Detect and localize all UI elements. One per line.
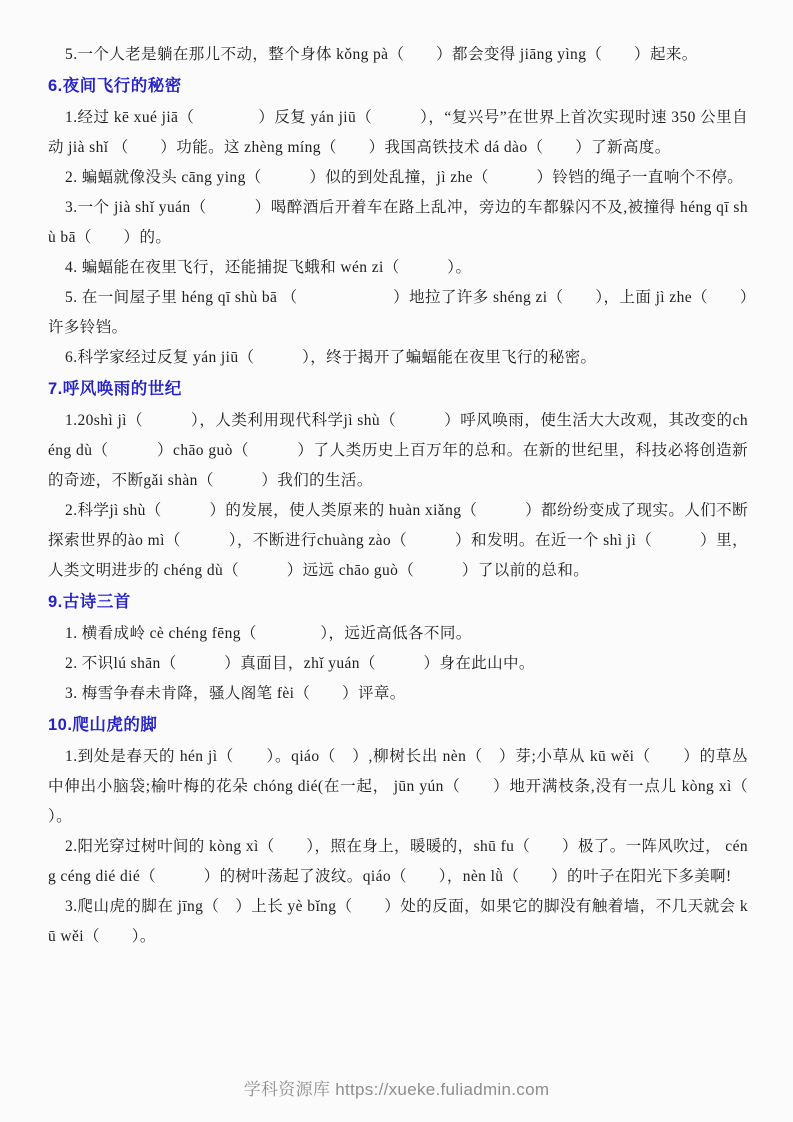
exercise-item-6-5: 5. 在一间屋子里 héng qī shù bā （ ）地拉了许多 shéng … (48, 283, 748, 343)
exercise-item-7-1: 1.20shì jì（ ），人类利用现代科学jì shù（ ）呼风唤雨，使生活大… (48, 406, 748, 496)
section-title-10: 10.爬山虎的脚 (48, 709, 748, 742)
worksheet-page: 5.一个人老是躺在那儿不动，整个身体 kǒng pà（ ）都会变得 jiāng … (0, 0, 793, 1122)
exercise-item-6-4: 4. 蝙蝠能在夜里飞行，还能捕捉飞蛾和 wén zi（ ）。 (48, 253, 748, 283)
section-title-7: 7.呼风唤雨的世纪 (48, 373, 748, 406)
footer-watermark-text: 学科资源库 https://xueke.fuliadmin.com (244, 1080, 550, 1099)
exercise-item-6-2: 2. 蝙蝠就像没头 cāng ying（ ）似的到处乱撞，jì zhe（ ）铃铛… (48, 163, 748, 193)
exercise-item-9-3: 3. 梅雪争春未肯降，骚人阁笔 fèi（ ）评章。 (48, 679, 748, 709)
exercise-item-carryover-5: 5.一个人老是躺在那儿不动，整个身体 kǒng pà（ ）都会变得 jiāng … (48, 40, 748, 70)
exercise-item-6-6: 6.科学家经过反复 yán jiū（ ），终于揭开了蝙蝠能在夜里飞行的秘密。 (48, 343, 748, 373)
exercise-item-10-1: 1.到处是春天的 hén jì（ ）。qiáo（ ）,柳树长出 nèn（ ）芽;… (48, 742, 748, 832)
exercise-item-9-1: 1. 横看成岭 cè chéng fēng（ ），远近高低各不同。 (48, 619, 748, 649)
exercise-item-6-1: 1.经过 kē xué jiā（ ）反复 yán jiū（ ），“复兴号”在世界… (48, 103, 748, 163)
exercise-item-10-2: 2.阳光穿过树叶间的 kòng xì（ ），照在身上，暖暖的，shū fu（ ）… (48, 832, 748, 892)
exercise-item-10-3: 3.爬山虎的脚在 jīng（ ）上长 yè bǐng（ ）处的反面，如果它的脚没… (48, 892, 748, 952)
section-title-9: 9.古诗三首 (48, 586, 748, 619)
footer-watermark: 学科资源库 https://xueke.fuliadmin.com (0, 1075, 793, 1100)
exercise-item-9-2: 2. 不识lú shān（ ）真面目，zhǐ yuán（ ）身在此山中。 (48, 649, 748, 679)
exercise-item-7-2: 2.科学jì shù（ ）的发展，使人类原来的 huàn xiǎng（ ）都纷纷… (48, 496, 748, 586)
exercise-item-6-3: 3.一个 jià shǐ yuán（ ）喝醉酒后开着车在路上乱冲，旁边的车都躲闪… (48, 193, 748, 253)
section-title-6: 6.夜间飞行的秘密 (48, 70, 748, 103)
